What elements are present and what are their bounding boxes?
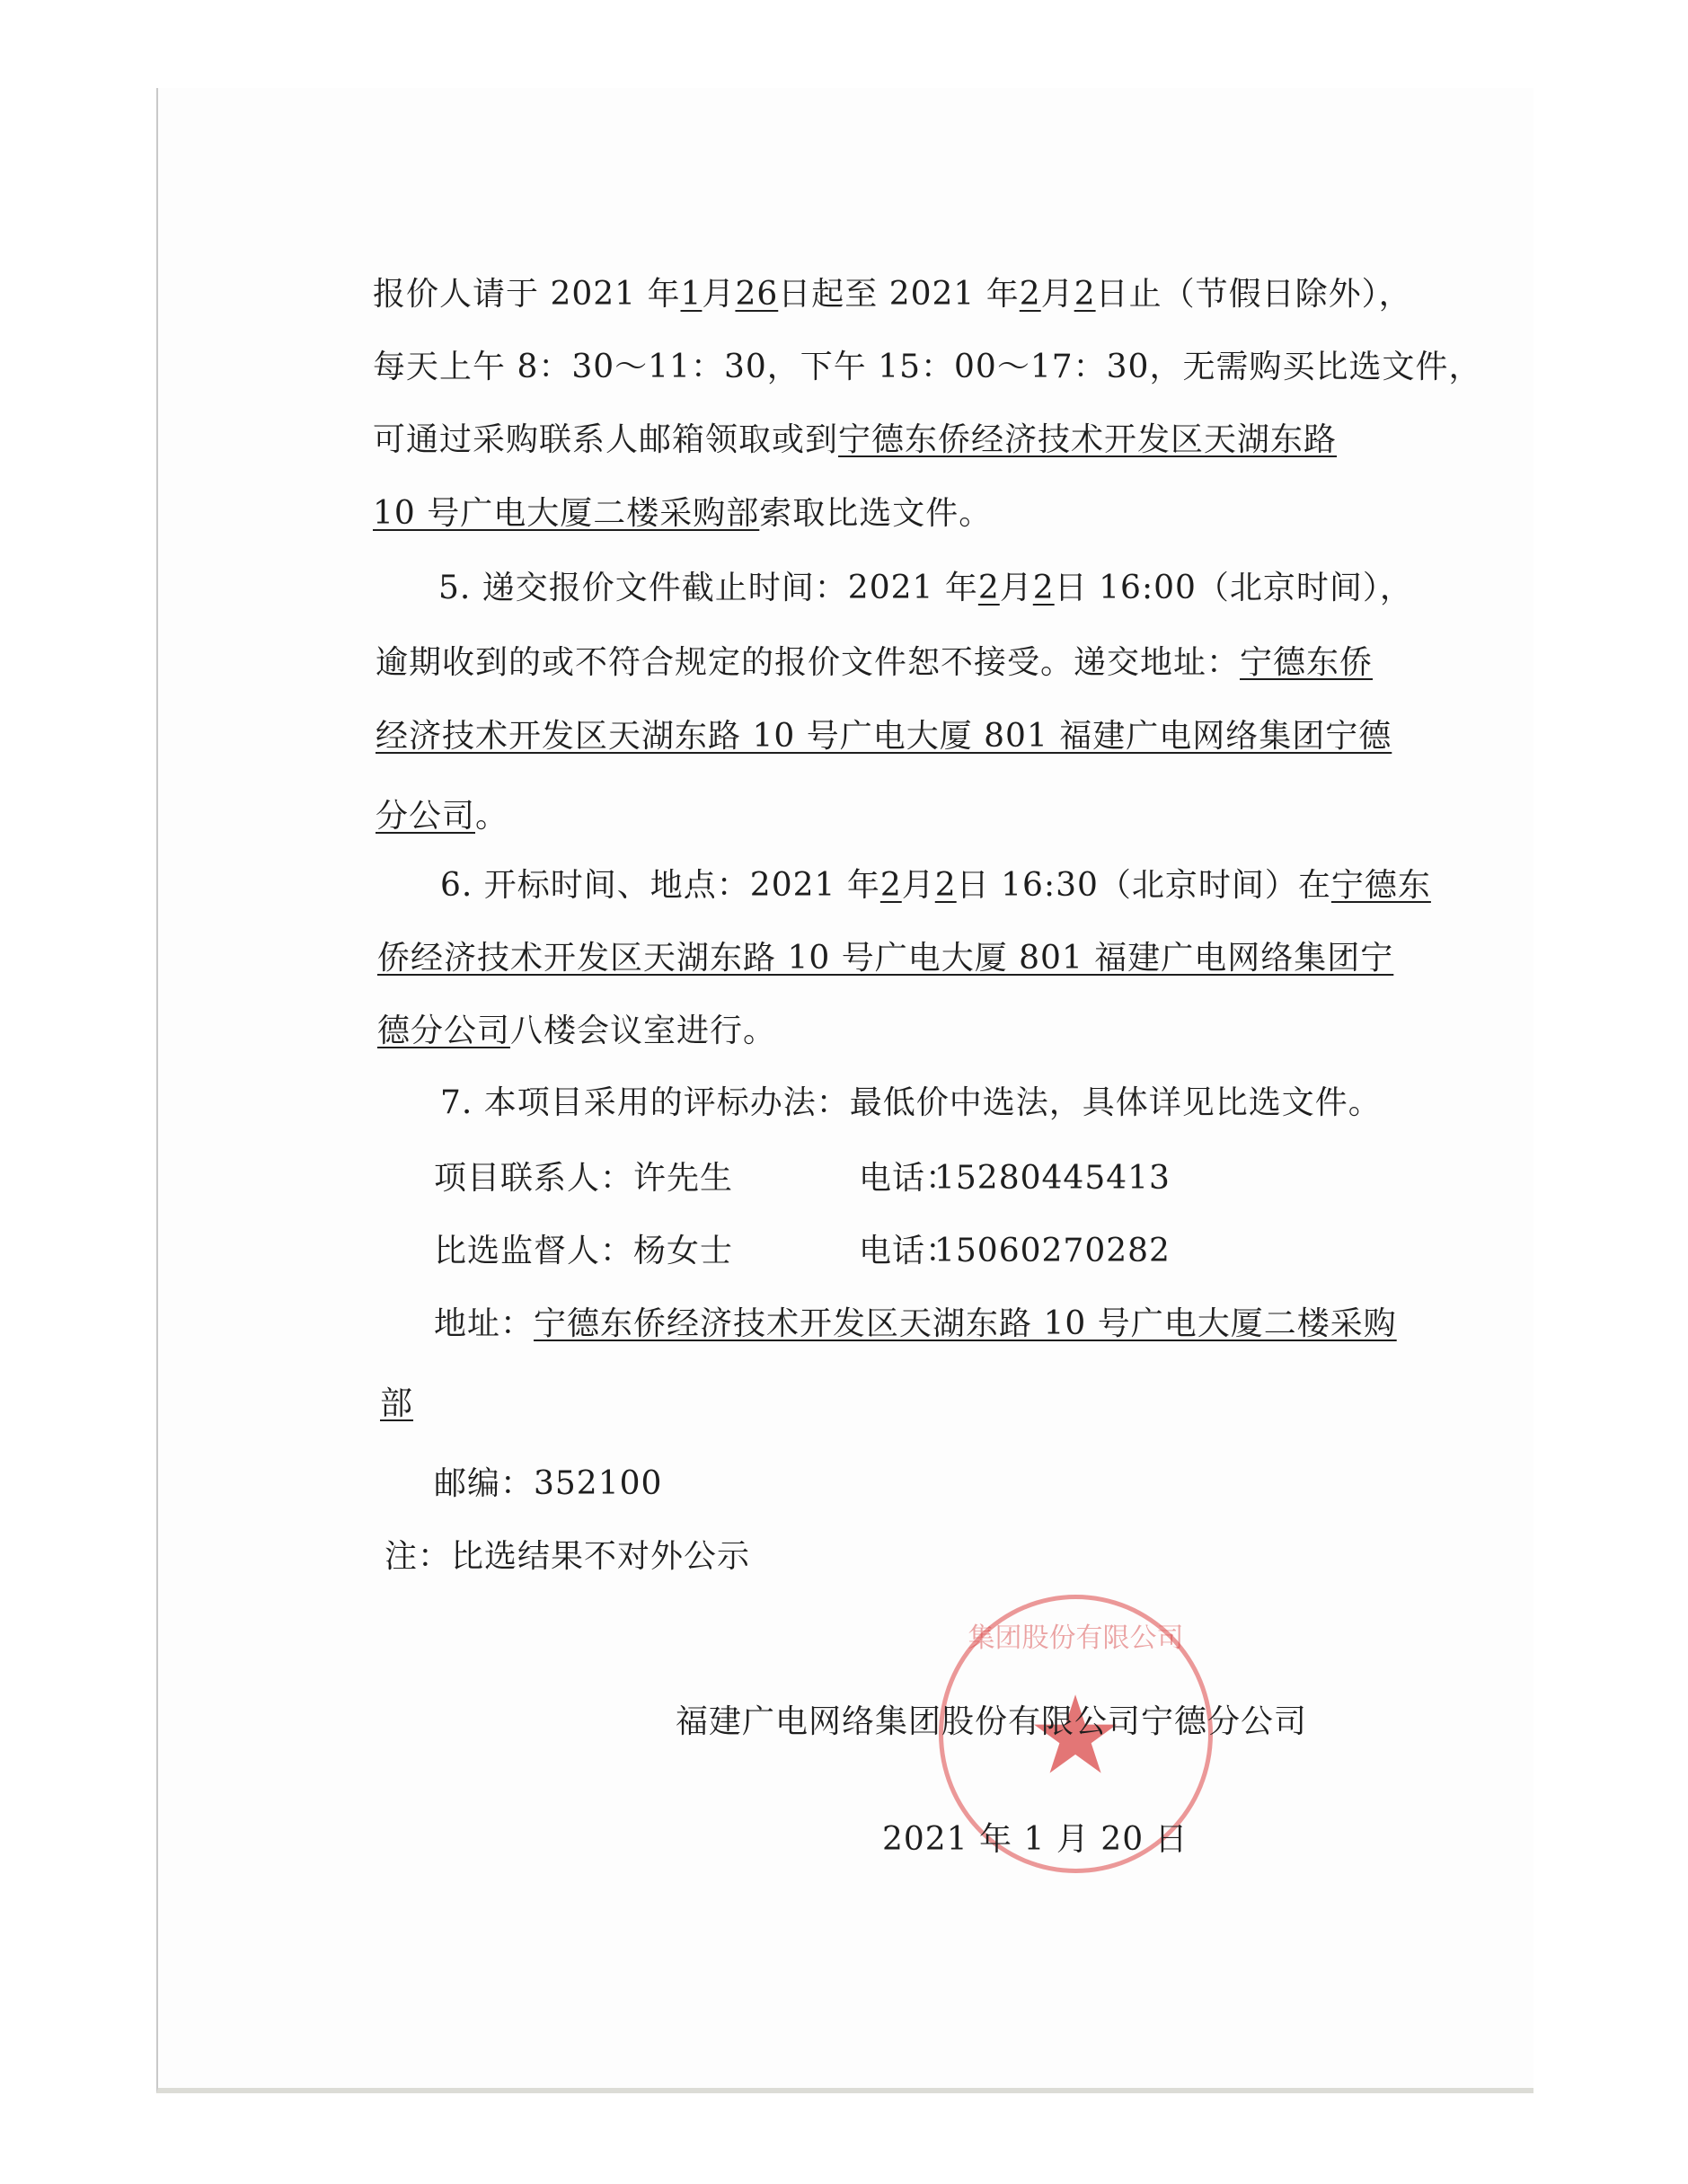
text: 月	[702, 276, 735, 313]
postcode: 邮编：352100	[434, 1464, 662, 1504]
underlined-address: 宁德东侨	[1240, 644, 1373, 681]
supervisor-person: 比选监督人：杨女士	[434, 1232, 733, 1271]
text: 八楼会议室进行。	[510, 1012, 776, 1049]
underlined-day: 2	[1074, 276, 1096, 313]
para4-line3: 可通过采购联系人邮箱领取或到宁德东侨经济技术开发区天湖东路	[373, 420, 1337, 460]
underlined-day: 2	[1033, 570, 1055, 606]
text: 日止（节假日除外），	[1096, 276, 1412, 313]
para6-line2: 侨经济技术开发区天湖东路 10 号广电大厦 801 福建广电网络集团宁	[377, 939, 1393, 978]
para4-line2: 每天上午 8：30～11：30，下午 15：00～17：30，无需购买比选文件，	[373, 348, 1481, 387]
text: 索取比选文件。	[759, 495, 992, 532]
para6-line1: 6. 开标时间、地点：2021 年2月2日 16:30（北京时间）在宁德东	[440, 866, 1431, 906]
para4-line1: 报价人请于 2021 年1月26日起至 2021 年2月2日止（节假日除外），	[373, 275, 1412, 314]
para5-line1: 5. 递交报价文件截止时间：2021 年2月2日 16:00（北京时间），	[438, 569, 1413, 608]
underlined-address: 宁德东侨经济技术开发区天湖东路	[838, 421, 1337, 458]
underlined-address: 经济技术开发区天湖东路 10 号广电大厦 801 福建广电网络集团宁德	[376, 718, 1392, 755]
para6-line3: 德分公司八楼会议室进行。	[377, 1012, 776, 1051]
para4-line4: 10 号广电大厦二楼采购部索取比选文件。	[373, 494, 992, 534]
text: 5. 递交报价文件截止时间：2021 年	[438, 570, 978, 606]
underlined-address: 宁德东	[1331, 867, 1431, 904]
seal-text: 集团股份有限公司	[943, 1615, 1208, 1655]
underlined-address: 宁德东侨经济技术开发区天湖东路 10 号广电大厦二楼采购	[534, 1305, 1397, 1342]
address-label: 地址：	[434, 1305, 534, 1342]
supervisor-phone: 15060270282	[934, 1232, 1171, 1271]
text: 月	[1000, 570, 1033, 606]
underlined-month: 2	[978, 570, 1000, 606]
underlined-address: 侨经济技术开发区天湖东路 10 号广电大厦 801 福建广电网络集团宁	[377, 940, 1393, 977]
text: 6. 开标时间、地点：2021 年	[440, 867, 880, 904]
signature-date: 2021 年 1 月 20 日	[882, 1820, 1189, 1860]
underlined-month: 1	[681, 276, 703, 313]
text: 日 16:30（北京时间）在	[957, 867, 1331, 904]
underlined-address: 德分公司	[377, 1012, 510, 1049]
underlined-address: 分公司	[376, 798, 475, 835]
address-line1: 地址：宁德东侨经济技术开发区天湖东路 10 号广电大厦二楼采购	[434, 1304, 1397, 1344]
contact-person: 项目联系人：许先生	[434, 1159, 733, 1198]
underlined-address: 10 号广电大厦二楼采购部	[373, 495, 759, 532]
para7: 7. 本项目采用的评标办法：最低价中选法，具体详见比选文件。	[440, 1083, 1382, 1123]
para5-line4: 分公司。	[376, 797, 508, 836]
text: 日 16:00（北京时间），	[1055, 570, 1413, 606]
text: 报价人请于 2021 年	[373, 276, 681, 313]
text: 月	[902, 867, 935, 904]
signature-company: 福建广电网络集团股份有限公司宁德分公司	[676, 1702, 1307, 1742]
para5-line2: 逾期收到的或不符合规定的报价文件恕不接受。递交地址：宁德东侨	[376, 643, 1373, 683]
note: 注：比选结果不对外公示	[384, 1537, 750, 1577]
underlined-day: 2	[935, 867, 957, 904]
address-line2: 部	[380, 1384, 413, 1424]
text: 逾期收到的或不符合规定的报价文件恕不接受。递交地址：	[376, 644, 1240, 681]
underlined-address: 部	[380, 1385, 413, 1422]
para5-line3: 经济技术开发区天湖东路 10 号广电大厦 801 福建广电网络集团宁德	[376, 717, 1392, 756]
underlined-month: 2	[1020, 276, 1041, 313]
underlined-month: 2	[880, 867, 902, 904]
text: 日起至 2021 年	[778, 276, 1020, 313]
text: 月	[1041, 276, 1074, 313]
underlined-day: 26	[735, 276, 778, 313]
text: 。	[475, 798, 508, 835]
text: 可通过采购联系人邮箱领取或到	[373, 421, 838, 458]
contact-phone: 15280445413	[934, 1159, 1171, 1198]
